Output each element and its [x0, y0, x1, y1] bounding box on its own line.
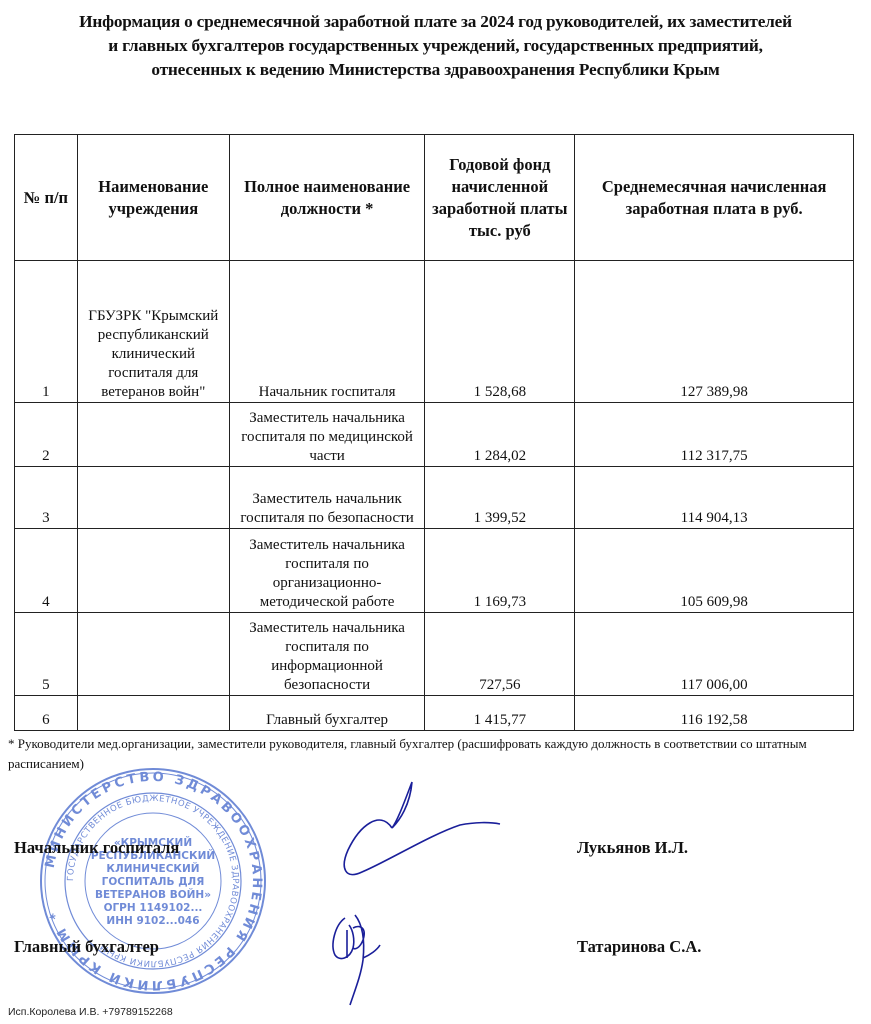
official-stamp-icon: МИНИСТЕРСТВО ЗДРАВООХРАНЕНИЯ РЕСПУБЛИКИ …	[38, 766, 268, 996]
cell-position: Начальник госпиталя	[229, 261, 425, 403]
cell-institution	[77, 613, 229, 696]
cell-position: Главный бухгалтер	[229, 696, 425, 731]
title-line-2: и главных бухгалтеров государственных уч…	[0, 34, 871, 58]
table-row: 4 Заместитель начальника госпиталя по ор…	[15, 529, 854, 613]
cell-number: 4	[15, 529, 78, 613]
cell-annual-fund: 1 528,68	[425, 261, 575, 403]
document-title: Информация о среднемесячной заработной п…	[0, 10, 871, 82]
cell-annual-fund: 1 284,02	[425, 403, 575, 467]
cell-annual-fund: 1 399,52	[425, 467, 575, 529]
cell-institution	[77, 529, 229, 613]
cell-number: 2	[15, 403, 78, 467]
header-avg-monthly: Среднемесячная начисленная заработная пл…	[575, 135, 854, 261]
head-label: Начальник госпиталя	[14, 838, 179, 858]
table-row: 5 Заместитель начальника госпиталя по ин…	[15, 613, 854, 696]
cell-institution	[77, 467, 229, 529]
cell-institution	[77, 696, 229, 731]
cell-annual-fund: 1 169,73	[425, 529, 575, 613]
table-row: 3 Заместитель начальник госпиталя по без…	[15, 467, 854, 529]
cell-annual-fund: 1 415,77	[425, 696, 575, 731]
accountant-label: Главный бухгалтер	[14, 937, 159, 957]
cell-position: Заместитель начальника госпиталя по меди…	[229, 403, 425, 467]
cell-institution: ГБУЗРК "Крымский республиканский клиниче…	[77, 261, 229, 403]
cell-avg-monthly: 114 904,13	[575, 467, 854, 529]
salary-table: № п/п Наименование учреждения Полное наи…	[14, 134, 854, 731]
cell-number: 3	[15, 467, 78, 529]
cell-number: 1	[15, 261, 78, 403]
cell-position: Заместитель начальника госпиталя по орга…	[229, 529, 425, 613]
cell-avg-monthly: 112 317,75	[575, 403, 854, 467]
table-row: 2 Заместитель начальника госпиталя по ме…	[15, 403, 854, 467]
header-annual-fund: Годовой фонд начисленной заработной плат…	[425, 135, 575, 261]
accountant-name: Татаринова С.А.	[577, 937, 701, 957]
cell-avg-monthly: 127 389,98	[575, 261, 854, 403]
title-line-3: отнесенных к ведению Министерства здраво…	[0, 58, 871, 82]
table-header-row: № п/п Наименование учреждения Полное наи…	[15, 135, 854, 261]
header-institution: Наименование учреждения	[77, 135, 229, 261]
table-row: 1 ГБУЗРК "Крымский республиканский клини…	[15, 261, 854, 403]
cell-avg-monthly: 105 609,98	[575, 529, 854, 613]
head-name: Лукьянов И.Л.	[577, 838, 688, 858]
cell-institution	[77, 403, 229, 467]
cell-position: Заместитель начальника госпиталя по инфо…	[229, 613, 425, 696]
cell-position: Заместитель начальник госпиталя по безоп…	[229, 467, 425, 529]
header-position: Полное наименование должности *	[229, 135, 425, 261]
cell-avg-monthly: 116 192,58	[575, 696, 854, 731]
header-number: № п/п	[15, 135, 78, 261]
cell-annual-fund: 727,56	[425, 613, 575, 696]
head-signature-icon	[340, 780, 540, 890]
cell-number: 5	[15, 613, 78, 696]
title-line-1: Информация о среднемесячной заработной п…	[0, 10, 871, 34]
accountant-signature-icon	[325, 910, 405, 1010]
cell-number: 6	[15, 696, 78, 731]
executor-contact: Исп.Королева И.В. +79789152268	[8, 1006, 173, 1018]
cell-avg-monthly: 117 006,00	[575, 613, 854, 696]
table-row: 6 Главный бухгалтер 1 415,77 116 192,58	[15, 696, 854, 731]
